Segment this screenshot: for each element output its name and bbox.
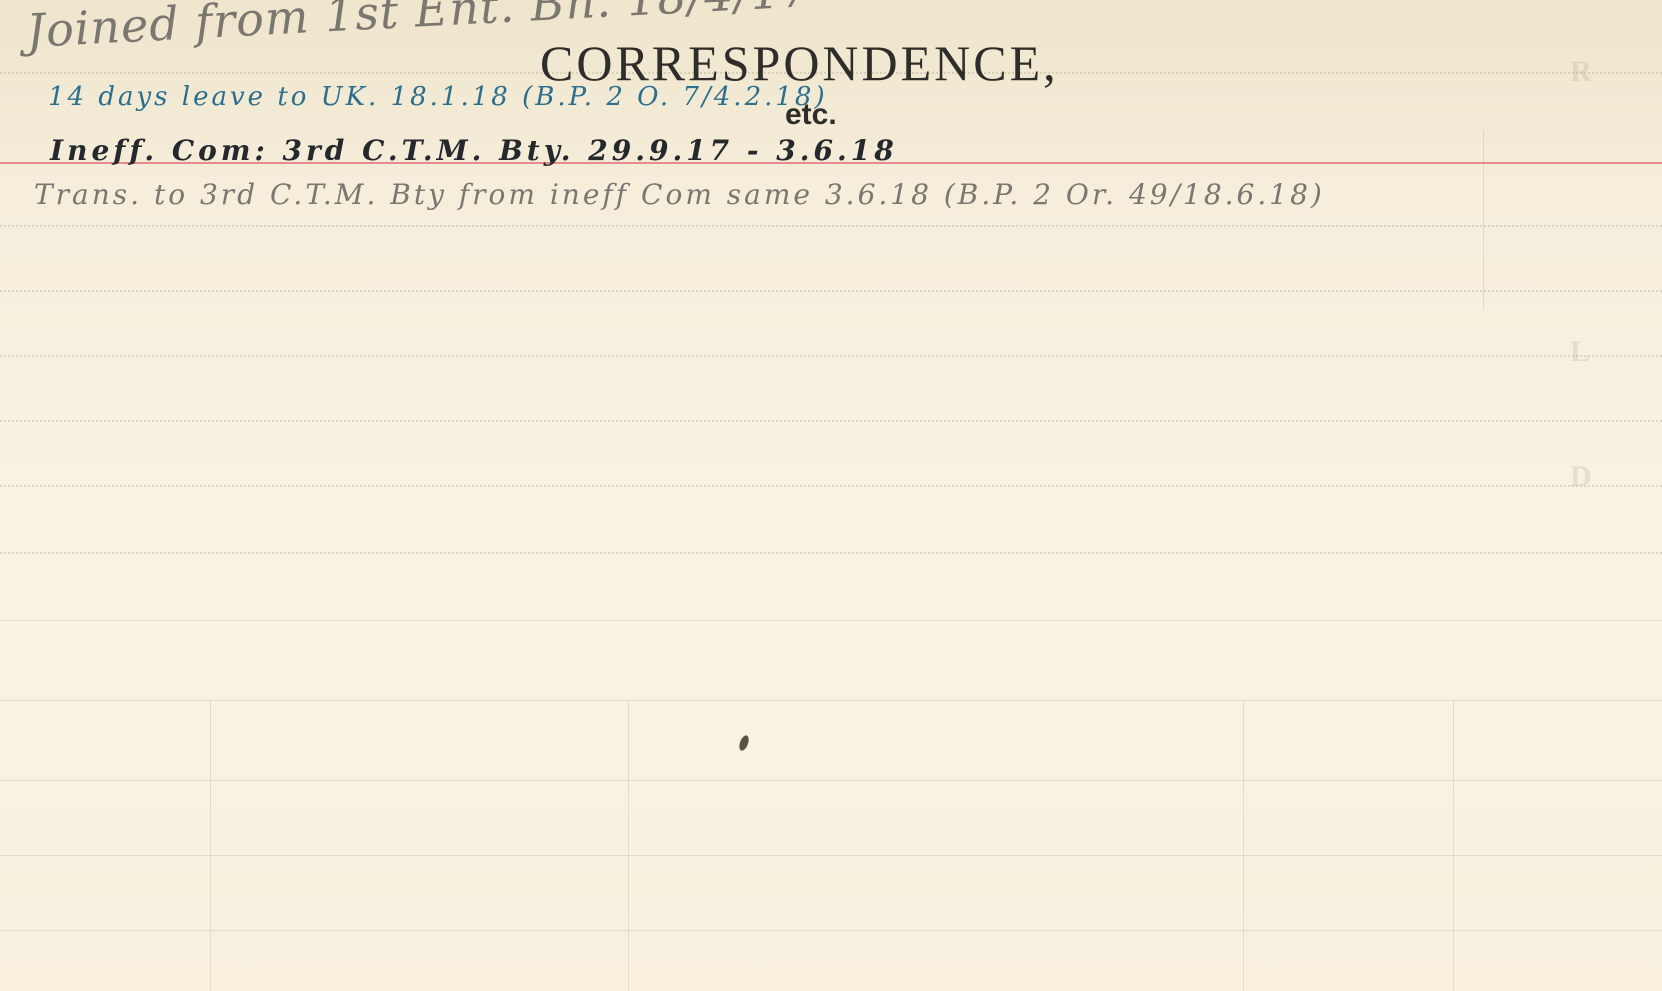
column-line <box>1483 130 1484 310</box>
entry-transfer: Trans. to 3rd C.T.M. Bty from ineff Com … <box>34 178 1325 211</box>
entry-ineff-com: Ineff. Com: 3rd C.T.M. Bty. 29.9.17 - 3.… <box>50 134 898 167</box>
ruled-line <box>0 420 1662 422</box>
ruled-line <box>0 225 1662 227</box>
show-through-text: D <box>1570 460 1592 494</box>
ruled-line <box>0 552 1662 554</box>
column-line <box>628 700 629 991</box>
record-card: R L D CORRESPONDENCE, etc. Joined from 1… <box>0 0 1662 991</box>
column-line <box>1453 700 1454 991</box>
ruled-line <box>0 700 1662 701</box>
ruled-line <box>0 290 1662 292</box>
show-through-text: R <box>1570 55 1592 89</box>
ruled-line <box>0 620 1662 621</box>
column-line <box>1243 700 1244 991</box>
ruled-line <box>0 355 1662 357</box>
ruled-line <box>0 855 1662 856</box>
entry-leave: 14 days leave to UK. 18.1.18 (B.P. 2 O. … <box>48 82 828 112</box>
ruled-line <box>0 780 1662 781</box>
ink-spot <box>738 734 751 752</box>
ruled-line <box>0 485 1662 487</box>
show-through-text: L <box>1570 335 1590 369</box>
ruled-line <box>0 930 1662 931</box>
column-line <box>210 700 211 991</box>
